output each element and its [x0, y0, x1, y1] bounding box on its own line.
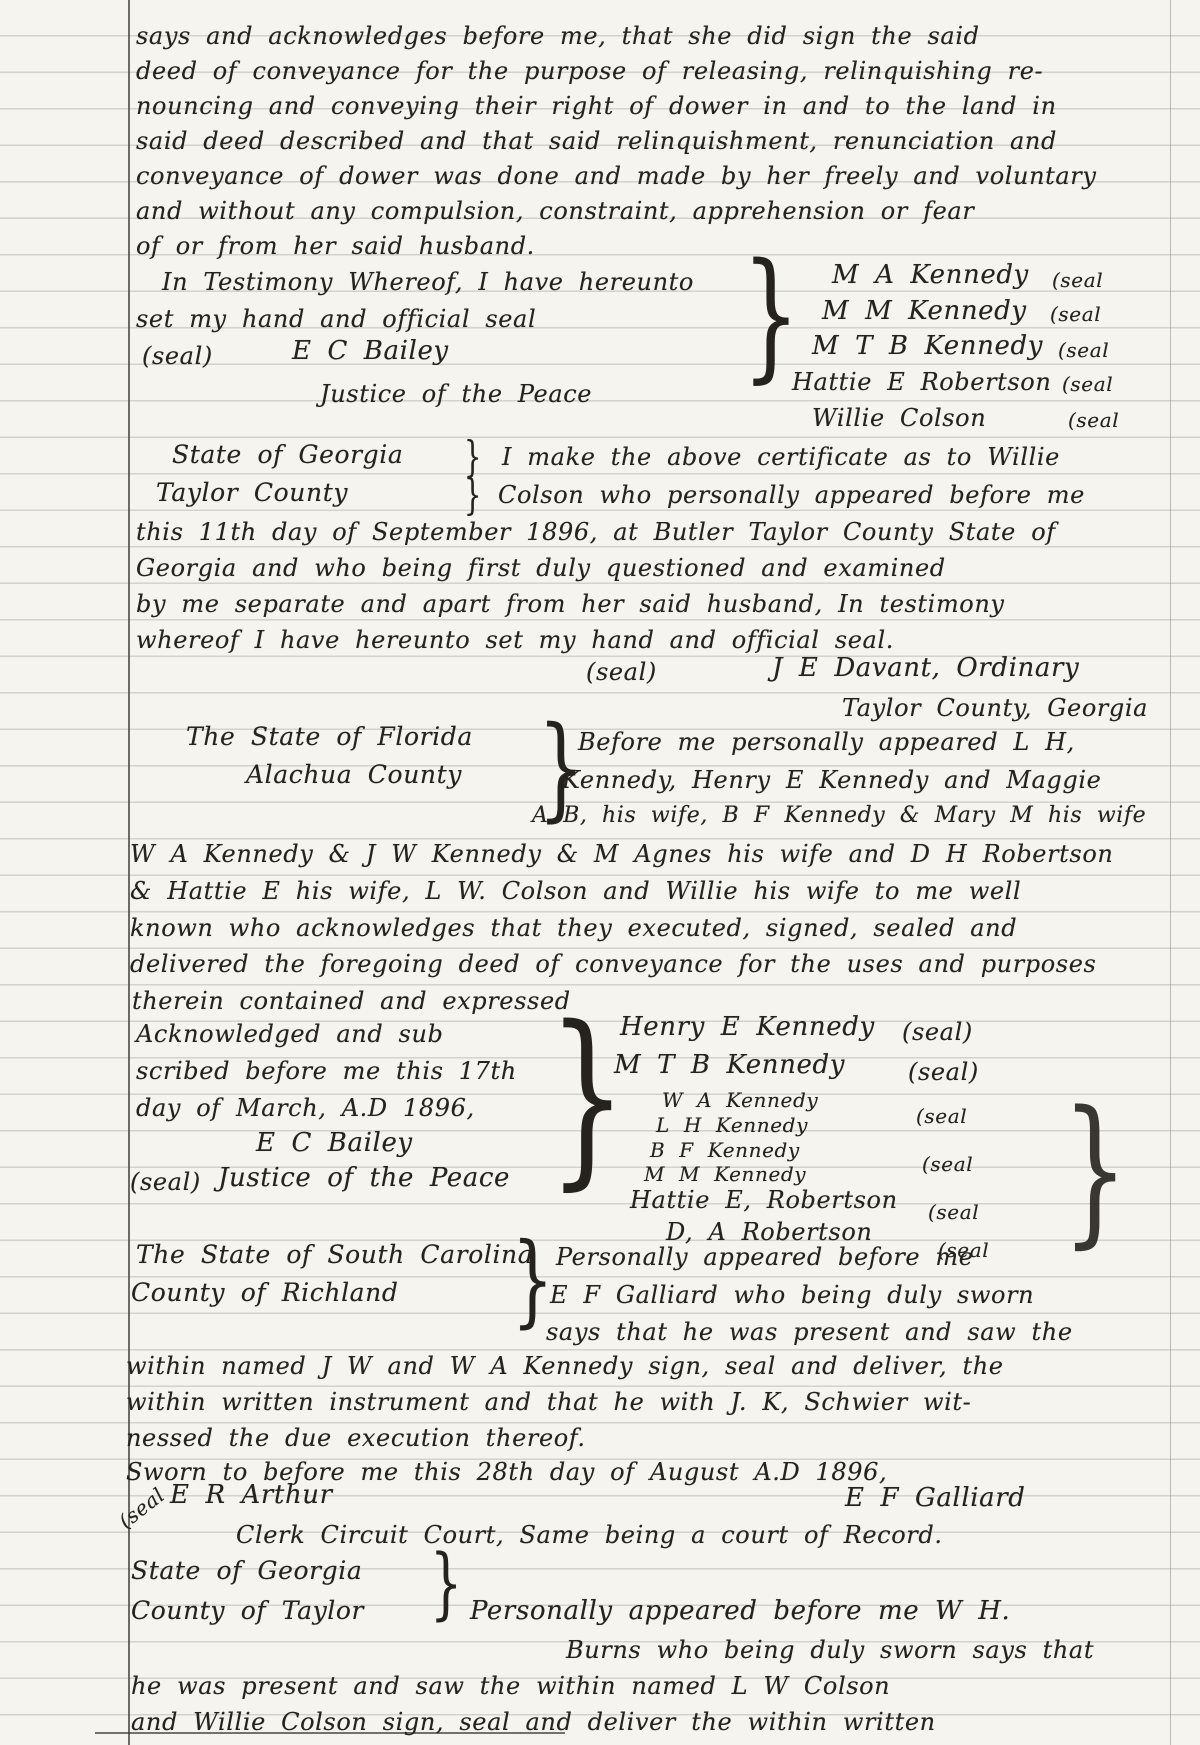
- text-line: conveyance of dower was done and made by…: [136, 162, 1097, 191]
- brace: }: [512, 1230, 553, 1330]
- signature-name: M M Kennedy: [822, 296, 1027, 327]
- text-line: A B, his wife, B F Kennedy & Mary M his …: [532, 803, 1146, 829]
- text-line: therein contained and expressed: [132, 987, 571, 1016]
- seal-note: (seal: [1050, 302, 1101, 326]
- signature-name: W A Kennedy: [662, 1088, 818, 1112]
- signature-name: M M Kennedy: [644, 1162, 806, 1186]
- text-line: & Hattie E his wife, L W. Colson and Wil…: [130, 877, 1021, 906]
- signature-name: Hattie E Robertson: [792, 368, 1051, 397]
- signature-name: Henry E Kennedy: [620, 1012, 875, 1043]
- venue-line: County of Richland: [131, 1278, 398, 1308]
- text-line: Kennedy, Henry E Kennedy and Maggie: [562, 766, 1101, 795]
- venue-line: Alachua County: [246, 760, 462, 790]
- brace: }: [742, 246, 800, 386]
- signature-name: E C Bailey: [256, 1128, 413, 1159]
- signature-name: L H Kennedy: [656, 1113, 808, 1137]
- signature-name: M T B Kennedy: [812, 331, 1043, 362]
- text-line: Acknowledged and sub: [136, 1020, 443, 1049]
- officer-title: Taylor County, Georgia: [842, 694, 1148, 723]
- text-line: nouncing and conveying their right of do…: [136, 92, 1057, 121]
- right-edge-rule: [1170, 0, 1171, 1745]
- text-line: and Willie Colson sign, seal and deliver…: [131, 1708, 936, 1737]
- venue-line: The State of South Carolina: [136, 1240, 533, 1270]
- text-line: deed of conveyance for the purpose of re…: [136, 57, 1043, 86]
- text-line: known who acknowledges that they execute…: [130, 914, 1017, 943]
- signature-name: E C Bailey: [292, 336, 449, 367]
- deed-record-page: says and acknowledges before me, that sh…: [0, 0, 1200, 1745]
- text-line: Personally appeared before me: [556, 1243, 974, 1272]
- text-line: Colson who personally appeared before me: [498, 481, 1085, 510]
- seal-note: (seal: [1068, 408, 1119, 432]
- text-line: nessed the due execution thereof.: [126, 1424, 586, 1453]
- signature-name: J E Davant, Ordinary: [772, 653, 1079, 684]
- seal-note: (seal): [902, 1018, 973, 1047]
- venue-line: The State of Florida: [186, 722, 473, 752]
- text-line: I make the above certificate as to Willi…: [502, 443, 1060, 472]
- brace: }: [430, 1545, 462, 1623]
- text-line: whereof I have hereunto set my hand and …: [136, 626, 894, 655]
- seal-note: (seal): [142, 342, 213, 371]
- officer-title: Justice of the Peace: [218, 1163, 510, 1194]
- text-line: E F Galliard who being duly sworn: [550, 1281, 1034, 1310]
- signature-name: Willie Colson: [812, 404, 986, 433]
- signature-name: E R Arthur: [170, 1480, 333, 1511]
- seal-note: (seal: [916, 1104, 967, 1128]
- text-line: Before me personally appeared L H,: [578, 728, 1075, 757]
- text-line: of or from her said husband.: [136, 232, 535, 261]
- text-line: W A Kennedy & J W Kennedy & M Agnes his …: [130, 840, 1113, 869]
- venue-line: County of Taylor: [131, 1596, 364, 1626]
- signature-name: B F Kennedy: [650, 1138, 800, 1162]
- text-line: said deed described and that said relinq…: [136, 127, 1057, 156]
- seal-note: (seal: [1062, 372, 1113, 396]
- text-line: set my hand and official seal: [136, 305, 536, 334]
- text-line: within written instrument and that he wi…: [126, 1388, 971, 1417]
- signature-name: E F Galliard: [845, 1483, 1026, 1514]
- seal-squiggle: }: [1062, 1090, 1128, 1250]
- venue-line: State of Georgia: [172, 440, 403, 470]
- text-line: Personally appeared before me W H.: [470, 1596, 1010, 1627]
- text-line: scribed before me this 17th: [136, 1057, 517, 1086]
- text-line: by me separate and apart from her said h…: [136, 590, 1005, 619]
- seal-note: (seal: [1052, 268, 1103, 292]
- text-line: In Testimony Whereof, I have hereunto: [162, 268, 694, 297]
- seal-note: (seal: [928, 1200, 979, 1224]
- text-line: Georgia and who being first duly questio…: [136, 554, 946, 583]
- text-line: and without any compulsion, constraint, …: [136, 197, 974, 226]
- text-line: day of March, A.D 1896,: [136, 1094, 475, 1123]
- text-line: he was present and saw the within named …: [131, 1672, 890, 1701]
- seal-note: (seal): [130, 1168, 201, 1197]
- text-line: delivered the foregoing deed of conveyan…: [130, 950, 1096, 979]
- venue-line: State of Georgia: [131, 1556, 362, 1586]
- text-line: Clerk Circuit Court, Same being a court …: [236, 1521, 943, 1550]
- brace: }: [464, 474, 481, 516]
- seal-note: (seal: [922, 1152, 973, 1176]
- text-line: Burns who being duly sworn says that: [566, 1636, 1094, 1665]
- text-line: says that he was present and saw the: [546, 1318, 1073, 1347]
- officer-title: Justice of the Peace: [320, 380, 592, 409]
- seal-note: (seal: [1058, 338, 1109, 362]
- seal-note: (seal: [114, 1483, 169, 1533]
- signature-name: M T B Kennedy: [614, 1050, 845, 1081]
- signature-name: M A Kennedy: [832, 260, 1029, 291]
- text-line: this 11th day of September 1896, at Butl…: [136, 518, 1056, 547]
- venue-line: Taylor County: [156, 478, 348, 508]
- brace: }: [548, 1002, 627, 1192]
- text-line: within named J W and W A Kennedy sign, s…: [126, 1352, 1004, 1381]
- seal-note: (seal): [908, 1058, 979, 1087]
- signature-name: Hattie E, Robertson: [630, 1186, 898, 1215]
- seal-note: (seal): [586, 658, 657, 687]
- text-line: says and acknowledges before me, that sh…: [136, 22, 980, 51]
